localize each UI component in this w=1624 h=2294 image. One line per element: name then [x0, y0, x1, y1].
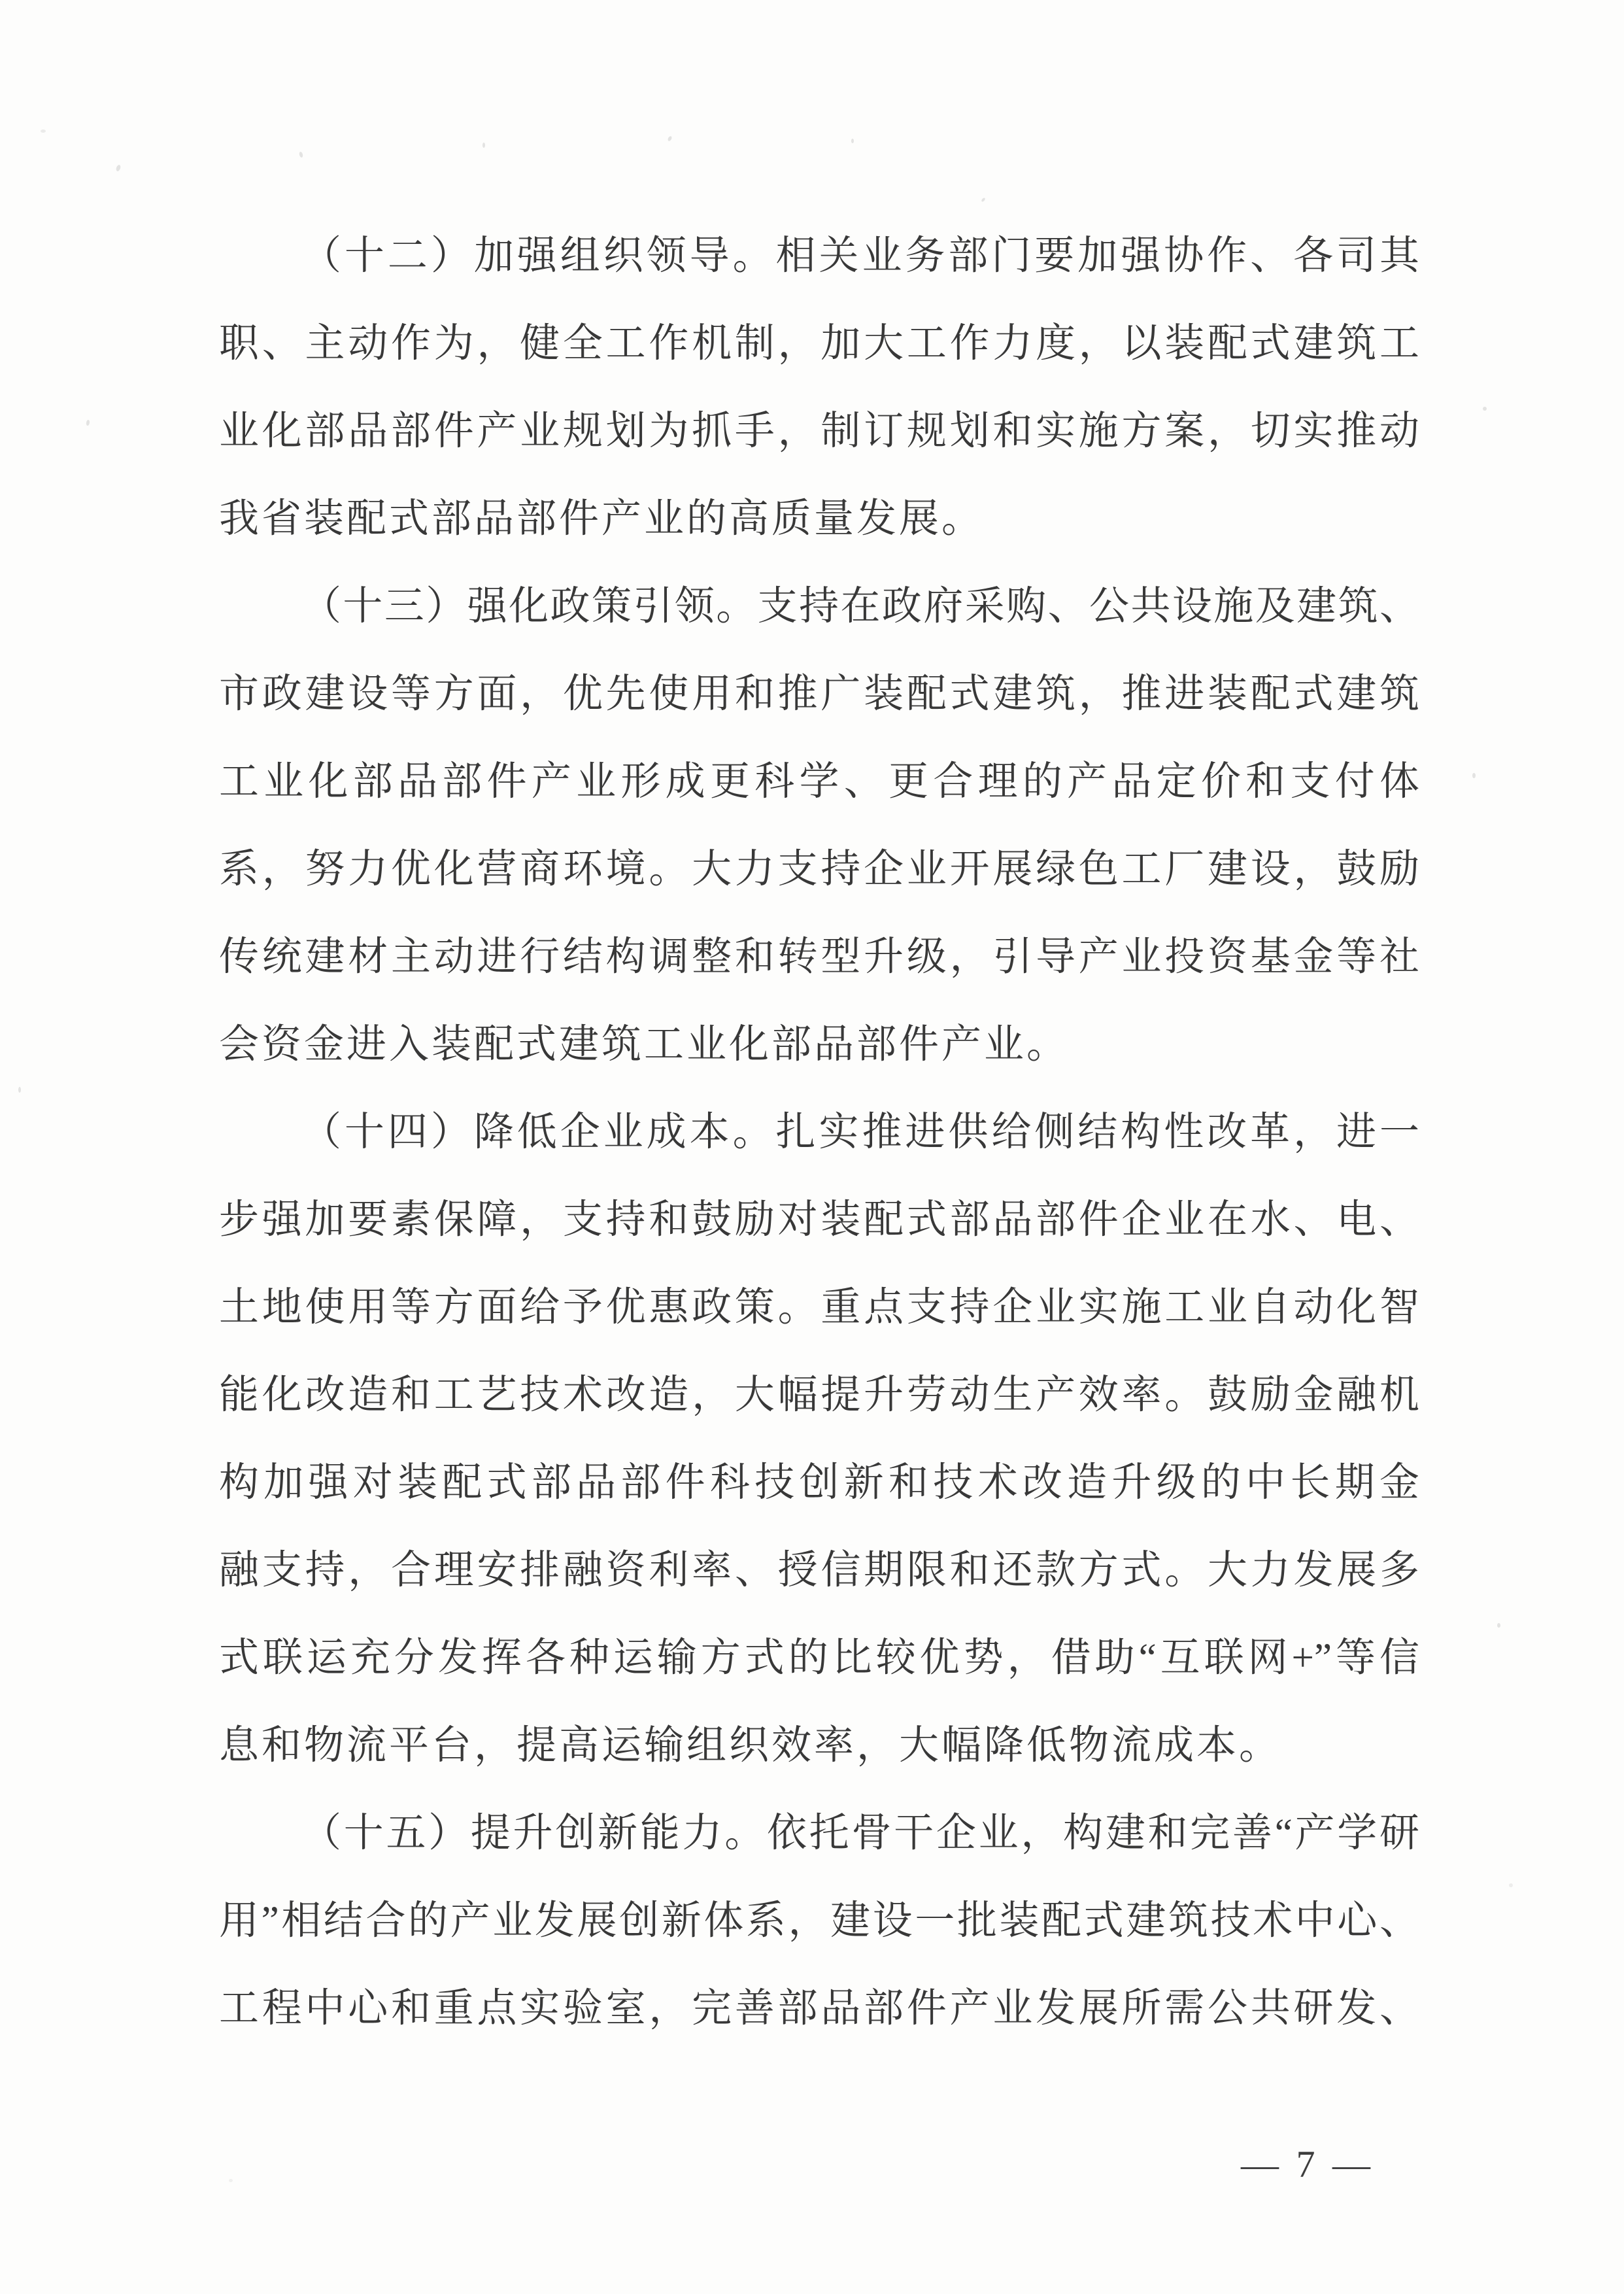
text-line: （十四）降低企业成本。扎实推进供给侧结构性改革，进一	[219, 1089, 1419, 1176]
text-line: （十二）加强组织领导。相关业务部门要加强协作、各司其	[219, 213, 1419, 300]
scan-speckle	[482, 143, 485, 148]
scan-speckle	[86, 420, 90, 426]
text-line: 业化部品部件产业规划为抓手，制订规划和实施方案，切实推动	[219, 388, 1419, 475]
scan-speckle	[1472, 773, 1476, 778]
scan-speckle	[115, 164, 121, 171]
scan-speckle	[18, 1087, 21, 1093]
scan-speckle	[1509, 1883, 1513, 1887]
text-line: 传统建材主动进行结构调整和转型升级，引导产业投资基金等社	[219, 914, 1419, 1001]
document-page: （十二）加强组织领导。相关业务部门要加强协作、各司其 职、主动作为，健全工作机制…	[0, 0, 1624, 2294]
text-line: 市政建设等方面，优先使用和推广装配式建筑，推进装配式建筑	[219, 651, 1419, 738]
scan-speckle	[981, 197, 986, 203]
text-line: 工业化部品部件产业形成更科学、更合理的产品定价和支付体	[219, 738, 1419, 826]
scan-speckle	[1483, 407, 1487, 411]
text-line: 我省装配式部品部件产业的高质量发展。	[219, 475, 1419, 563]
paragraph-15: （十五）提升创新能力。依托骨干企业，构建和完善“产学研 用”相结合的产业发展创新…	[219, 1790, 1419, 2053]
paragraph-13: （十三）强化政策引领。支持在政府采购、公共设施及建筑、 市政建设等方面，优先使用…	[219, 563, 1419, 1089]
text-line: 息和物流平台，提高运输组织效率，大幅降低物流成本。	[219, 1702, 1419, 1790]
text-line: 工程中心和重点实验室，完善部品部件产业发展所需公共研发、	[219, 1965, 1419, 2053]
text-line: （十五）提升创新能力。依托骨干企业，构建和完善“产学研	[219, 1790, 1419, 1877]
text-line: 式联运充分发挥各种运输方式的比较优势，借助“互联网+”等信	[219, 1615, 1419, 1702]
text-line: 用”相结合的产业发展创新体系，建设一批装配式建筑技术中心、	[219, 1877, 1419, 1965]
text-line: 融支持，合理安排融资利率、授信期限和还款方式。大力发展多	[219, 1527, 1419, 1615]
text-line: 土地使用等方面给予优惠政策。重点支持企业实施工业自动化智	[219, 1264, 1419, 1352]
scan-speckle	[229, 2179, 233, 2182]
text-line: 构加强对装配式部品部件科技创新和技术改造升级的中长期金	[219, 1439, 1419, 1527]
text-line: 会资金进入装配式建筑工业化部品部件产业。	[219, 1001, 1419, 1089]
document-body: （十二）加强组织领导。相关业务部门要加强协作、各司其 职、主动作为，健全工作机制…	[219, 213, 1419, 2053]
paragraph-12: （十二）加强组织领导。相关业务部门要加强协作、各司其 职、主动作为，健全工作机制…	[219, 213, 1419, 563]
text-line: 能化改造和工艺技术改造，大幅提升劳动生产效率。鼓励金融机	[219, 1352, 1419, 1439]
text-line: 职、主动作为，健全工作机制，加大工作力度，以装配式建筑工	[219, 300, 1419, 388]
scan-speckle	[667, 135, 672, 141]
scan-speckle	[41, 129, 46, 133]
scan-speckle	[1497, 1623, 1500, 1628]
scan-speckle	[851, 139, 854, 143]
text-line: 步强加要素保障，支持和鼓励对装配式部品部件企业在水、电、	[219, 1176, 1419, 1264]
paragraph-14: （十四）降低企业成本。扎实推进供给侧结构性改革，进一 步强加要素保障，支持和鼓励…	[219, 1089, 1419, 1790]
page-number: — 7 —	[1229, 2135, 1386, 2194]
scan-speckle	[299, 152, 303, 158]
text-line: （十三）强化政策引领。支持在政府采购、公共设施及建筑、	[219, 563, 1419, 651]
text-line: 系，努力优化营商环境。大力支持企业开展绿色工厂建设，鼓励	[219, 826, 1419, 914]
